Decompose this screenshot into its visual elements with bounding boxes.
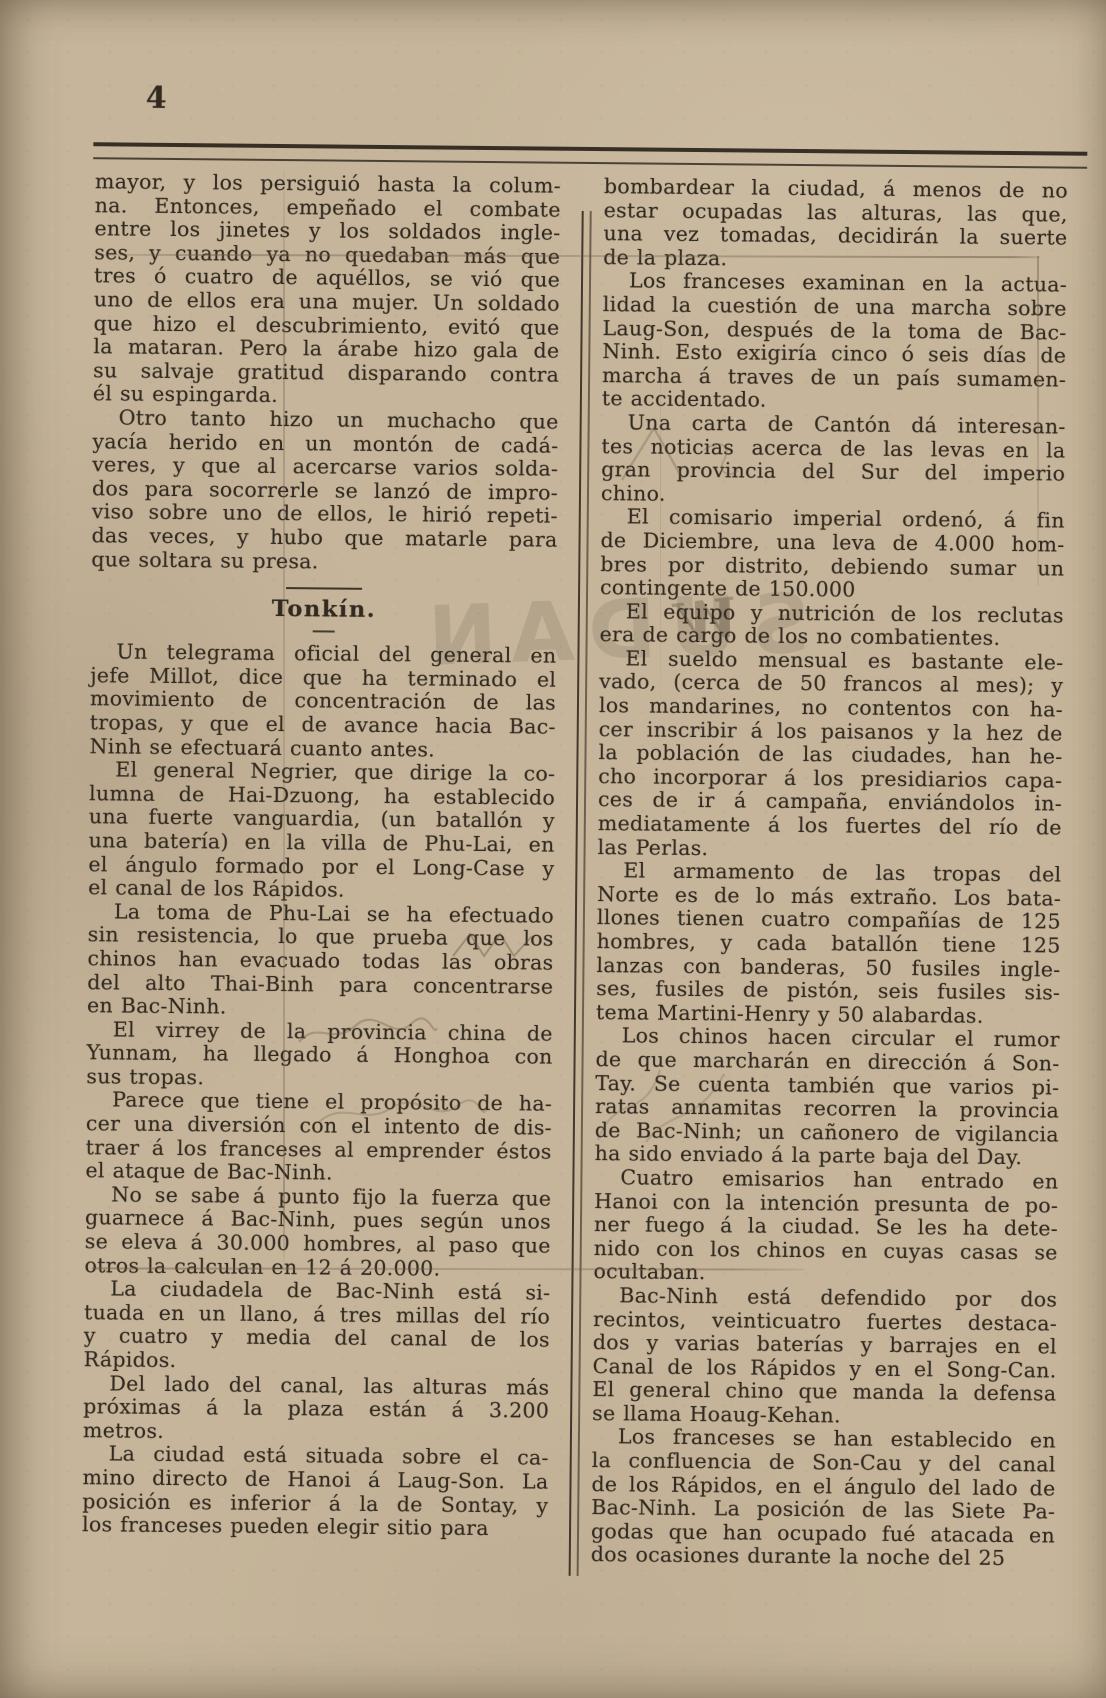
printed-content: 4 mayor, y los persiguió hasta la colum-… — [0, 0, 1106, 1698]
text-line: los franceses pueden elegir sitio para — [82, 1513, 548, 1541]
paragraph: El comisario imperial ordenó, á finde Di… — [600, 505, 1065, 604]
right-column: bombardear la ciudad, á menos de noestar… — [591, 175, 1068, 1571]
paragraph: El armamento de las tropas delNorte es d… — [596, 859, 1062, 1029]
section-heading: Tonkín. — [91, 585, 557, 635]
paragraph: Los franceses se han establecido enla co… — [591, 1426, 1056, 1572]
paragraph: Del lado del canal, las alturas máspróxi… — [83, 1372, 550, 1447]
paragraph: Los chinos hacen circular el rumorde que… — [595, 1024, 1060, 1170]
paragraph: Un telegrama oficial del general enjefe … — [89, 640, 556, 762]
column-divider-rule — [569, 211, 592, 1576]
paragraph: Bac-Ninh está defendido por dosrecintos,… — [592, 1284, 1057, 1430]
paragraph: Cuatro emisarios han entrado enHanoi con… — [593, 1166, 1058, 1288]
paragraph: La ciudad está situada sobre el ca-mino … — [82, 1443, 549, 1542]
paragraph: La toma de Phu-Lai se ha efectuadosin re… — [87, 900, 554, 1022]
scanned-newspaper-page: SUDAN W 4 mayor, y los persiguió hasta l… — [0, 0, 1106, 1698]
heading-dash-below — [313, 630, 335, 633]
text-line: dos ocasiones durante la noche del 25 — [591, 1543, 1055, 1571]
left-column: mayor, y los persiguió hasta la colum-na… — [82, 170, 561, 1541]
paragraph: El equipo y nutrición de los reclutasera… — [600, 600, 1064, 652]
header-double-rule — [93, 142, 1087, 169]
paragraph: No se sabe á punto fijo la fuerza quegua… — [84, 1183, 551, 1282]
page-number: 4 — [146, 81, 167, 116]
paragraph: Parece que tiene el propósito de ha-cer … — [85, 1089, 552, 1188]
paragraph: Una carta de Cantón dá interesan-tes not… — [601, 411, 1066, 510]
text-line: que soltara su presa. — [91, 548, 557, 576]
paragraph: mayor, y los persiguió hasta la colum-na… — [93, 170, 561, 410]
paragraph: Otro tanto hizo un muchacho queyacía her… — [91, 406, 559, 576]
paragraph: El general Negrier, que dirige la co-lum… — [88, 758, 555, 904]
section-title: Tonkín. — [91, 596, 557, 624]
paragraph: El sueldo mensual es bastante ele-vado, … — [597, 647, 1063, 864]
paragraph: Los franceses examinan en la actua-lidad… — [602, 269, 1067, 415]
paragraph: El virrey de la provincia china deYunnam… — [86, 1018, 553, 1093]
heading-rule-above — [286, 587, 362, 590]
text-line: gran provincia del Sur del imperio — [601, 458, 1065, 486]
paragraph: bombardear la ciudad, á menos de noestar… — [603, 175, 1068, 274]
paragraph: La ciudadela de Bac-Ninh está si-tuada e… — [84, 1277, 551, 1376]
